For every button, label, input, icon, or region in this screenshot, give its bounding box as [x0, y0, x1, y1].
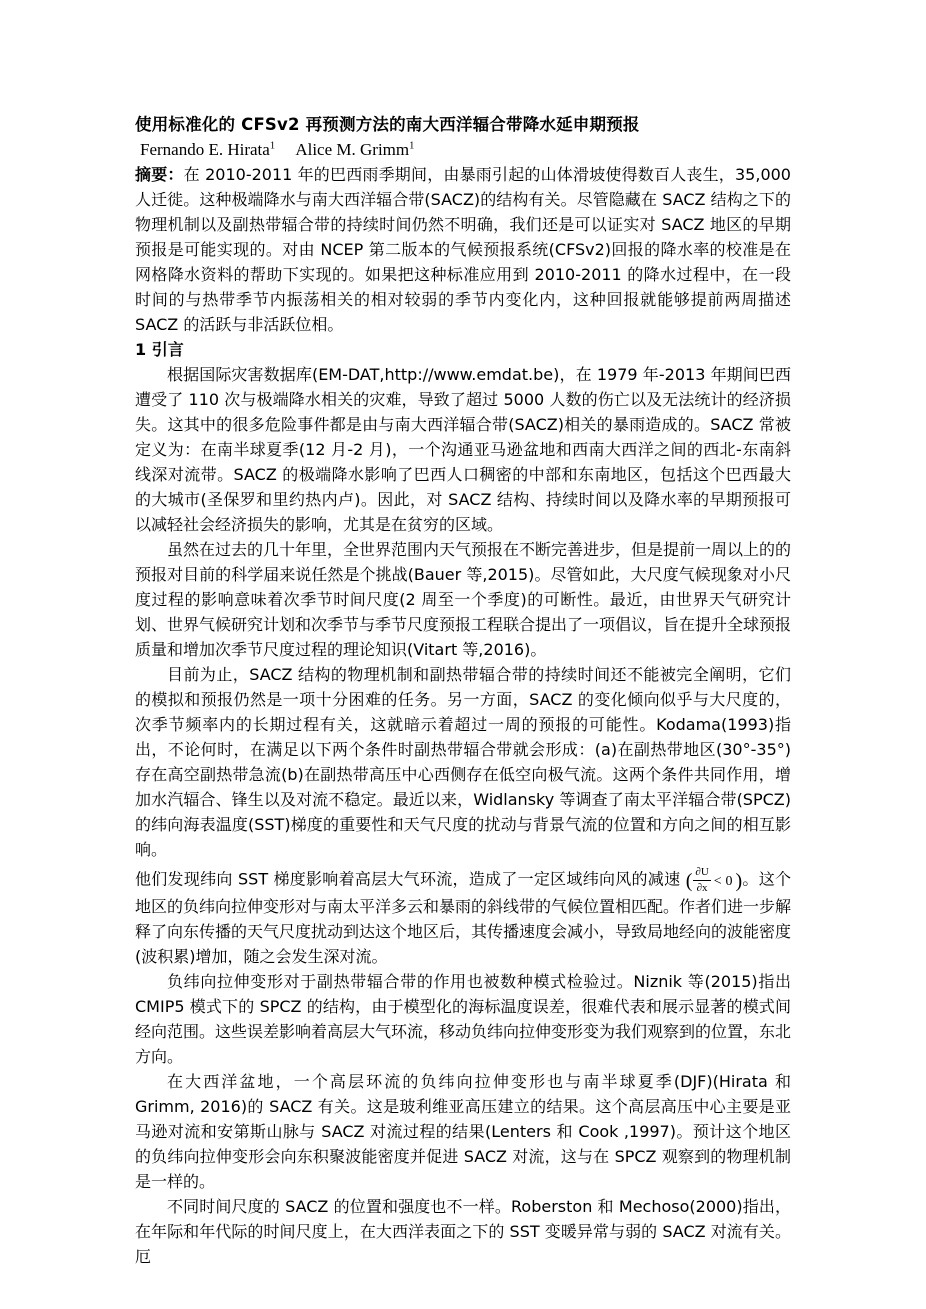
formula-denominator: ∂x [693, 881, 710, 895]
abstract-paragraph: 摘要：在 2010-2011 年的巴西雨季期间，由暴雨引起的山体滑坡使得数百人丧… [135, 162, 791, 337]
paragraph-4-text-before-formula: 他们发现纬向 SST 梯度影响着高层大气环流，造成了一定区域纬向风的减速 [135, 870, 686, 889]
intro-paragraph-2: 虽然在过去的几十年里，全世界范围内天气预报在不断完善进步，但是提前一周以上的的预… [135, 537, 791, 662]
author-name-2: Alice M. Grimm [295, 140, 409, 159]
section-heading-introduction: 1 引言 [135, 337, 791, 362]
intro-paragraph-4: 他们发现纬向 SST 梯度影响着高层大气环流，造成了一定区域纬向风的减速 (∂U… [135, 866, 791, 969]
intro-paragraph-3: 目前为止，SACZ 结构的物理机制和副热带辐合带的持续时间还不能被完全阐明，它们… [135, 662, 791, 862]
abstract-label: 摘要： [135, 165, 184, 184]
author-2-affiliation-superscript: 1 [409, 140, 414, 151]
author-line: Fernando E. Hirata1 Alice M. Grimm1 [135, 137, 791, 162]
formula-fraction: ∂U∂x [693, 866, 710, 894]
abstract-text: 在 2010-2011 年的巴西雨季期间，由暴雨引起的山体滑坡使得数百人丧生，3… [135, 165, 791, 334]
intro-paragraph-1: 根据国际灾害数据库(EM-DAT,http://www.emdat.be)，在 … [135, 362, 791, 537]
author-name-1: Fernando E. Hirata [140, 140, 270, 159]
document-page: 使用标准化的 CFSv2 再预测方法的南大西洋辐合带降水延申期预报 Fernan… [135, 112, 791, 1269]
inline-formula-dudx: (∂U∂x< 0) [686, 872, 742, 889]
author-1-affiliation-superscript: 1 [270, 140, 275, 151]
intro-paragraph-6: 在大西洋盆地，一个高层环流的负纬向拉伸变形也与南半球夏季(DJF)(Hirata… [135, 1069, 791, 1194]
formula-numerator: ∂U [693, 866, 710, 881]
formula-open-paren: ( [686, 870, 693, 892]
formula-relation: < 0 [712, 874, 736, 889]
intro-paragraph-7: 不同时间尺度的 SACZ 的位置和强度也不一样。Roberston 和 Mech… [135, 1194, 791, 1269]
paper-title: 使用标准化的 CFSv2 再预测方法的南大西洋辐合带降水延申期预报 [135, 112, 791, 137]
intro-paragraph-5: 负纬向拉伸变形对于副热带辐合带的作用也被数种模式检验过。Niznik 等(201… [135, 969, 791, 1069]
